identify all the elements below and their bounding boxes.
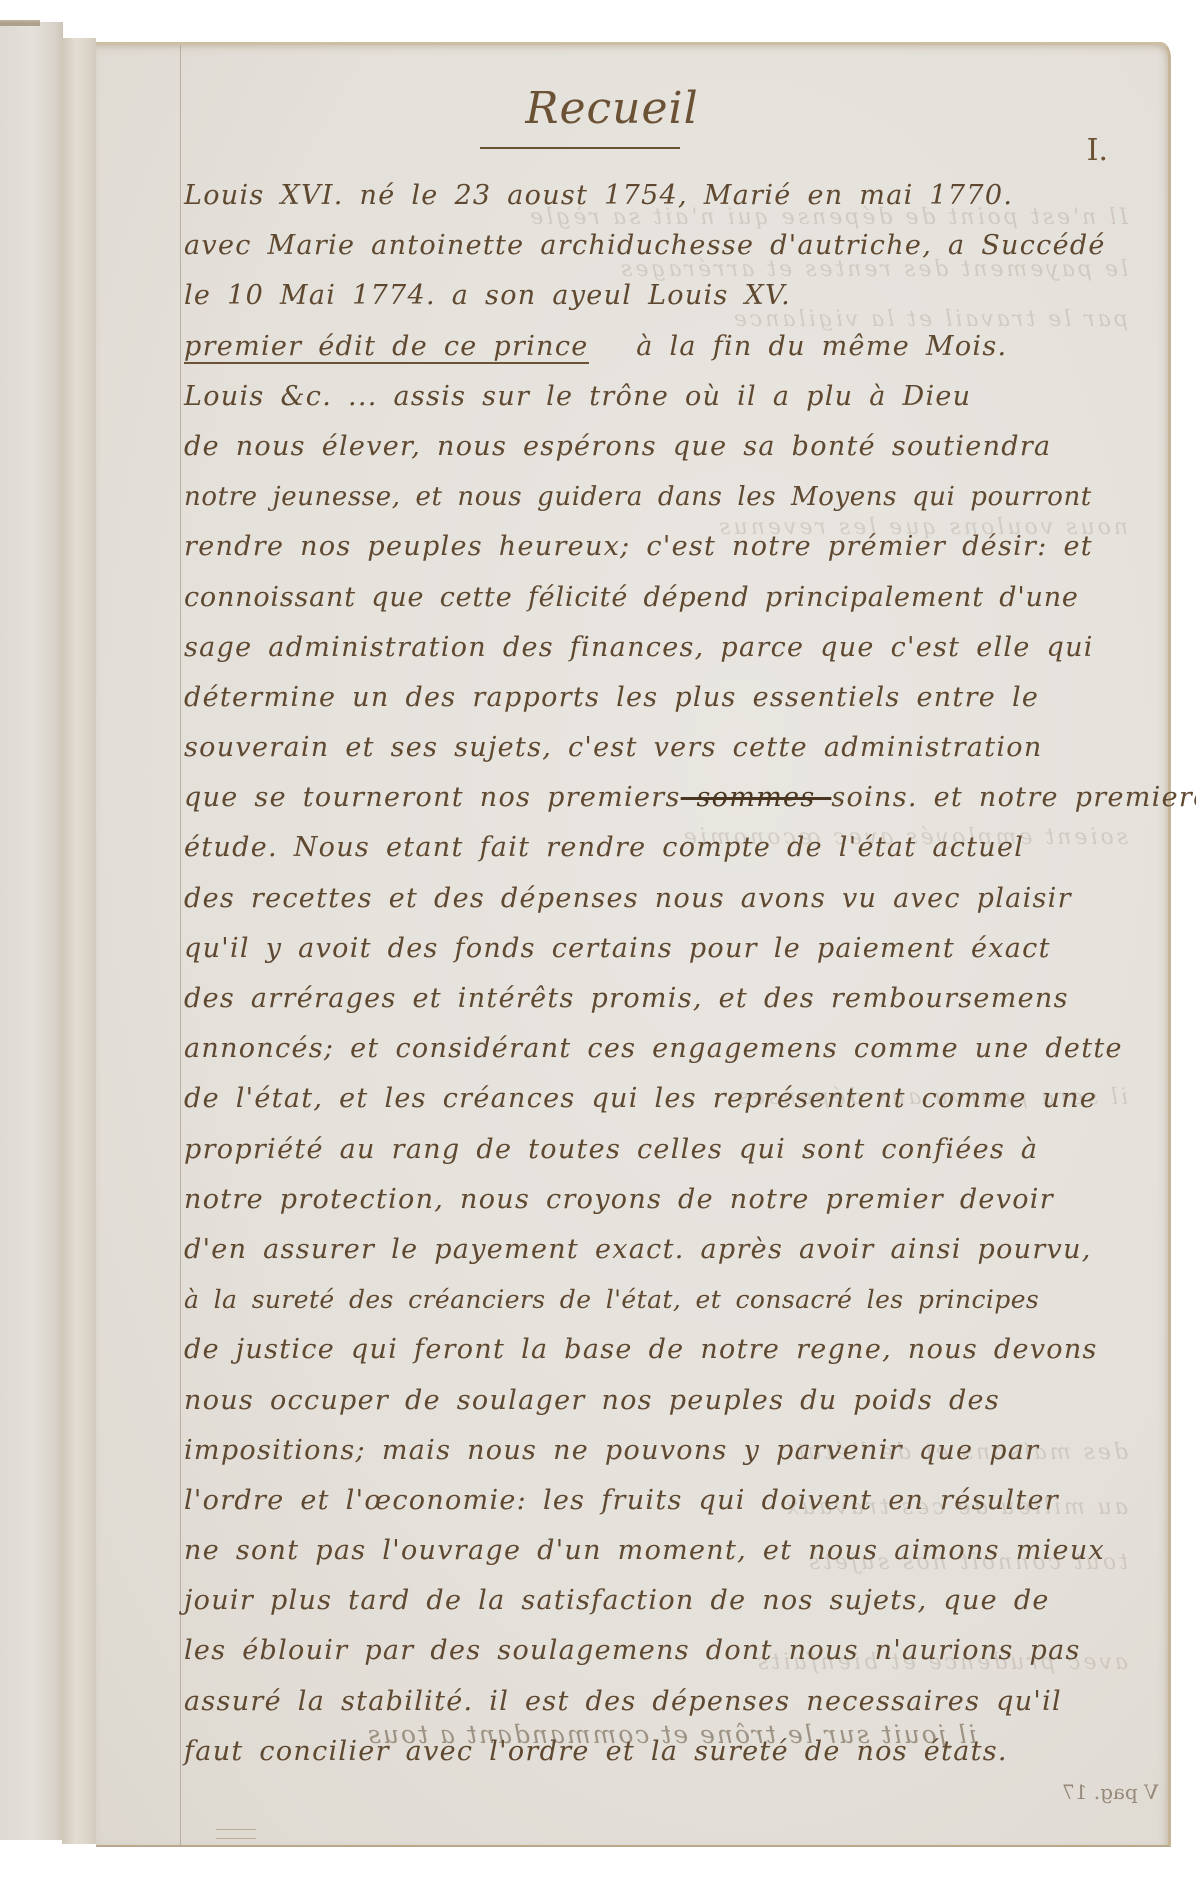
text-line: jouir plus tard de la satisfaction de no… — [184, 1576, 1134, 1626]
text-line: détermine un des rapports les plus essen… — [184, 673, 1134, 723]
text-line: les éblouir par des soulagemens dont nou… — [184, 1626, 1134, 1676]
text-line: des arrérages et intérêts promis, et des… — [184, 974, 1134, 1024]
struck-word: sommes — [681, 782, 832, 813]
text-line: qu'il y avoit des fonds certains pour le… — [184, 924, 1134, 974]
text-line-heading: premier édit de ce prince à la fin du mê… — [184, 322, 1134, 372]
folio-number: I. — [1087, 133, 1108, 168]
text-line: Louis XVI. né le 23 aoust 1754, Marié en… — [184, 171, 1134, 221]
page-title: Recueil — [96, 83, 1168, 134]
text-line: rendre nos peuples heureux; c'est notre … — [184, 522, 1134, 572]
left-page-edge — [0, 22, 63, 1840]
text-line: impositions; mais nous ne pouvons y parv… — [184, 1426, 1134, 1476]
text-line: connoissant que cette félicité dépend pr… — [184, 573, 1134, 623]
text-line: annoncés; et considérant ces engagemens … — [184, 1024, 1134, 1074]
text-line: des recettes et des dépenses nous avons … — [184, 874, 1134, 924]
line-end: soins. et notre premiere — [831, 782, 1196, 813]
show-through-catchword: V pag. 17 — [1062, 1780, 1159, 1804]
paper-crease-mark — [216, 1829, 256, 1839]
line-start: que se tourneront nos premiers — [184, 782, 681, 813]
text-line: à la sureté des créanciers de l'état, et… — [184, 1275, 1134, 1325]
manuscript-text: Louis XVI. né le 23 aoust 1754, Marié en… — [184, 171, 1134, 1777]
binding-edge — [0, 20, 40, 26]
text-line: souverain et ses sujets, c'est vers cett… — [184, 723, 1134, 773]
text-line: avec Marie antoinette archiduchesse d'au… — [184, 221, 1134, 271]
margin-rule — [180, 45, 181, 1845]
text-line: propriété au rang de toutes celles qui s… — [184, 1125, 1134, 1175]
text-line-with-deletion: que se tourneront nos premiers sommes so… — [184, 773, 1134, 823]
text-line: étude. Nous etant fait rendre compte de … — [184, 823, 1134, 873]
text-line: notre protection, nous croyons de notre … — [184, 1175, 1134, 1225]
text-line: d'en assurer le payement exact. après av… — [184, 1225, 1134, 1275]
title-underline — [480, 147, 680, 149]
text-line: de nous élever, nous espérons que sa bon… — [184, 422, 1134, 472]
book-gutter — [62, 38, 96, 1844]
text-line: sage administration des finances, parce … — [184, 623, 1134, 673]
text-line: de l'état, et les créances qui les repré… — [184, 1074, 1134, 1124]
show-through-bottom-line: il jouit sur le trône et commandant a to… — [366, 1720, 976, 1749]
text-line: le 10 Mai 1774. a son ayeul Louis XV. — [184, 271, 1134, 321]
underlined-heading: premier édit de ce prince — [184, 331, 589, 364]
heading-rest: à la fin du même Mois. — [636, 331, 1007, 362]
text-line: ne sont pas l'ouvrage d'un moment, et no… — [184, 1526, 1134, 1576]
text-line: de justice qui feront la base de notre r… — [184, 1325, 1134, 1375]
text-line: Louis &c. ... assis sur le trône où il a… — [184, 372, 1134, 422]
manuscript-page: Il n'est point de dépense qui n'ait sa r… — [96, 42, 1171, 1847]
text-line: nous occuper de soulager nos peuples du … — [184, 1376, 1134, 1426]
text-line: notre jeunesse, et nous guidera dans les… — [184, 472, 1134, 522]
text-line: l'ordre et l'œconomie: les fruits qui do… — [184, 1476, 1134, 1526]
